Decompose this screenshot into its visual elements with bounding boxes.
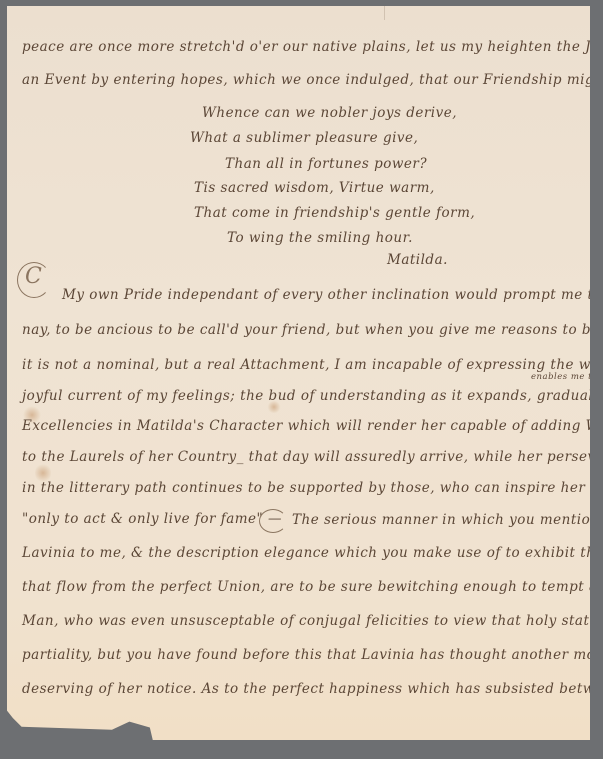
paragraph-flourish (259, 509, 287, 533)
letter-line: Excellencies in Matilda's Character whic… (22, 418, 590, 434)
poem-line: Than all in fortunes power? (225, 156, 427, 172)
letter-line: "only to act & only live for fame" — (22, 511, 282, 527)
letter-line: nay, to be ancious to be call'd your fri… (22, 322, 590, 338)
poem-line: To wing the smiling hour. (227, 230, 413, 246)
letter-line: peace are once more stretch'd o'er our n… (22, 39, 590, 55)
letter-line: that flow from the perfect Union, are to… (22, 579, 590, 595)
poem-line: Whence can we nobler joys derive, (202, 105, 457, 121)
letter-line-continuation: The serious manner in which you mention (292, 512, 582, 528)
letter-line: Man, who was even unsusceptable of conju… (22, 613, 590, 629)
letter-line: in the litterary path continues to be su… (22, 480, 590, 496)
fold-crease (384, 6, 385, 20)
letter-line: partiality, but you have found before th… (22, 647, 590, 663)
letter-page: peace are once more stretch'd o'er our n… (7, 6, 590, 740)
poem-line: That come in friendship's gentle form, (194, 205, 475, 221)
poem-line: Tis sacred wisdom, Virtue warm, (194, 180, 435, 196)
letter-line: My own Pride independant of every other … (62, 287, 590, 303)
interlinear-insertion: enables me to (531, 372, 598, 382)
letter-line: to the Laurels of her Country_ that day … (22, 449, 590, 465)
letter-line: it is not a nominal, but a real Attachme… (22, 357, 590, 373)
poem-signature: Matilda. (387, 252, 448, 268)
letter-line: an Event by entering hopes, which we onc… (22, 72, 590, 88)
letter-line: deserving of her notice. As to the perfe… (22, 681, 590, 697)
drop-cap: C (25, 264, 42, 289)
letter-line: Lavinia to me, & the description eleganc… (22, 545, 590, 561)
poem-line: What a sublimer pleasure give, (190, 130, 418, 146)
letter-line: joyful current of my feelings; the bud o… (22, 388, 590, 404)
